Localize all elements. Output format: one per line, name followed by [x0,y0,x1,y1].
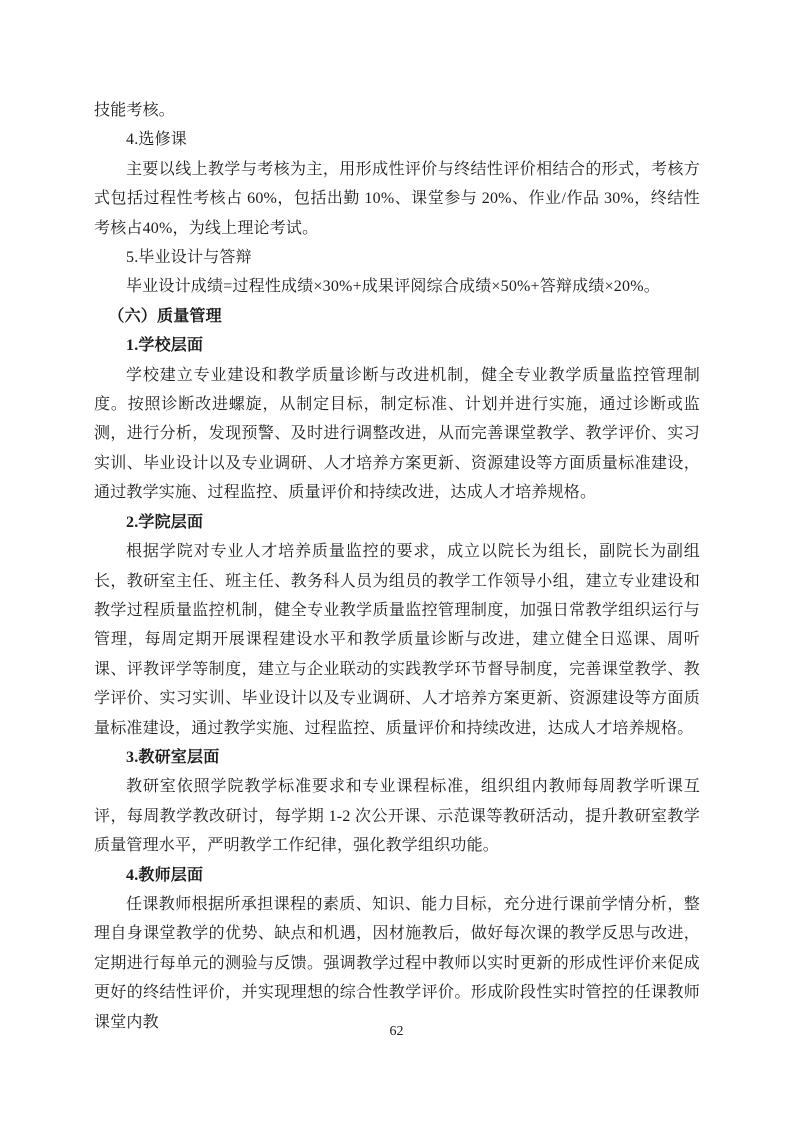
document-page: 技能考核。 4.选修课 主要以线上教学与考核为主，用形成性评价与终结性评价相结合… [0,0,793,1122]
paragraph-electives: 主要以线上教学与考核为主，用形成性评价与终结性评价相结合的形式，考核方式包括过程… [94,155,700,243]
page-number: 62 [0,1022,793,1042]
sub-heading-college-level: 2.学院层面 [94,508,700,537]
sub-heading-teacher-level: 4.教师层面 [94,861,700,890]
list-heading-electives: 4.选修课 [94,125,700,154]
paragraph-college-level: 根据学院对专业人才培养质量监控的要求，成立以院长为组长，副院长为副组长，教研室主… [94,537,700,743]
paragraph-continuation: 技能考核。 [94,96,700,125]
section-heading-quality: （六）质量管理 [94,302,700,331]
sub-heading-school-level: 1.学校层面 [94,331,700,360]
paragraph-teacher-level: 任课教师根据所承担课程的素质、知识、能力目标，充分进行课前学情分析，整理自身课堂… [94,890,700,1037]
document-body: 技能考核。 4.选修课 主要以线上教学与考核为主，用形成性评价与终结性评价相结合… [94,96,700,1037]
paragraph-school-level: 学校建立专业建设和教学质量诊断与改进机制，健全专业教学质量监控管理制度。按照诊断… [94,361,700,508]
sub-heading-teaching-office: 3.教研室层面 [94,743,700,772]
list-heading-graduation: 5.毕业设计与答辩 [94,243,700,272]
paragraph-teaching-office: 教研室依照学院教学标准要求和专业课程标准，组织组内教师每周教学听课互评，每周教学… [94,772,700,860]
paragraph-grade-formula: 毕业设计成绩=过程性成绩×30%+成果评阅综合成绩×50%+答辩成绩×20%。 [94,272,700,301]
